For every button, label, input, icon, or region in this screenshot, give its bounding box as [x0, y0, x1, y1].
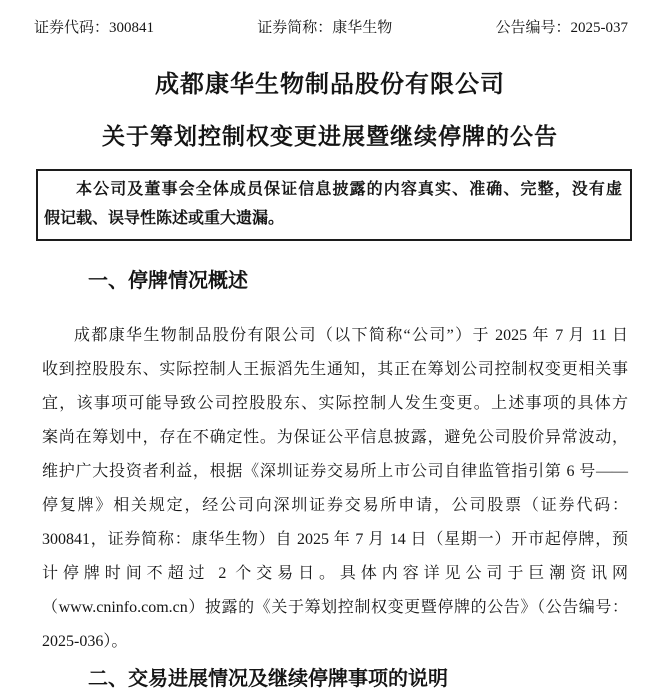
section-1-paragraph: 成都康华生物制品股份有限公司（以下简称“公司”）于 2025 年 7 月 11 … [42, 319, 628, 659]
paragraph-line-1: 成都康华生物制品股份有限公司（以下简称“公司”）于 2025 年 7 月 11 … [42, 319, 628, 353]
company-name-title: 成都康华生物制品股份有限公司 [0, 70, 660, 100]
paragraph-line-3: 宜，该事项可能导致公司控股股东、实际控制人发生变更。上述事项的具体方 [42, 387, 628, 421]
document-header-row: 证券代码：300841 证券简称：康华生物 公告编号：2025-037 [0, 0, 660, 38]
paragraph-line-10: 2025-036）。 [42, 625, 628, 659]
paragraph-line-8: 计停牌时间不超过 2 个交易日。具体内容详见公司于巨潮资讯网 [42, 557, 628, 591]
paragraph-line-9: （www.cninfo.com.cn）披露的《关于筹划控制权变更暨停牌的公告》（… [42, 591, 628, 625]
stock-abbreviation: 证券简称：康华生物 [257, 18, 392, 38]
disclaimer-box: 本公司及董事会全体成员保证信息披露的内容真实、准确、完整，没有虚 假记载、误导性… [36, 169, 632, 241]
announcement-document: 证券代码：300841 证券简称：康华生物 公告编号：2025-037 成都康华… [0, 0, 660, 697]
paragraph-line-4: 案尚在筹划中，存在不确定性。为保证公平信息披露，避免公司股价异常波动， [42, 421, 628, 455]
announcement-number: 公告编号：2025-037 [496, 18, 629, 38]
announcement-title: 关于筹划控制权变更进展暨继续停牌的公告 [0, 122, 660, 152]
document-body: 一、停牌情况概述 成都康华生物制品股份有限公司（以下简称“公司”）于 2025 … [0, 269, 660, 691]
paragraph-line-5: 维护广大投资者利益，根据《深圳证券交易所上市公司自律监管指引第 6 号—— [42, 455, 628, 489]
section-2-heading: 二、交易进展情况及继续停牌事项的说明 [88, 667, 628, 691]
paragraph-line-7: 300841，证券简称：康华生物）自 2025 年 7 月 14 日（星期一）开… [42, 523, 628, 557]
section-1-heading: 一、停牌情况概述 [88, 269, 628, 293]
paragraph-line-2: 收到控股股东、实际控制人王振滔先生通知，其正在筹划公司控制权变更相关事 [42, 353, 628, 387]
paragraph-line-6: 停复牌》相关规定，经公司向深圳证券交易所申请，公司股票（证券代码： [42, 489, 628, 523]
disclaimer-line-1: 本公司及董事会全体成员保证信息披露的内容真实、准确、完整，没有虚 [44, 175, 622, 204]
stock-code: 证券代码：300841 [34, 18, 154, 38]
disclaimer-line-2: 假记载、误导性陈述或重大遗漏。 [44, 204, 622, 233]
